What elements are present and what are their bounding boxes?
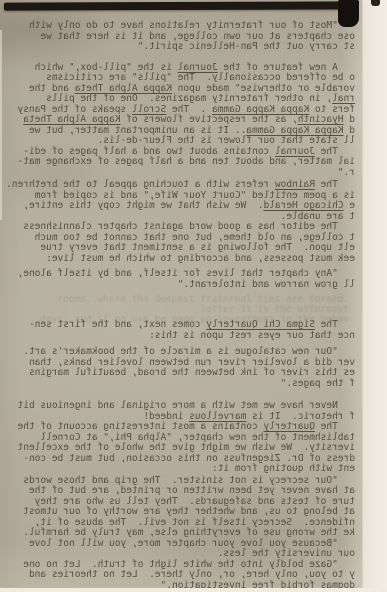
text-segment: at belong to us, and whether they are wo… [23,506,355,517]
text-segment: ll state that our flower is the Fleur-de… [98,135,355,146]
text-segment: "Any chapter that lives for itself, and … [18,268,355,279]
text-line: r." [23,168,355,179]
text-segment: refers with a touching appeal to the bre… [6,179,275,190]
text-segment: comes next, and the first sen- [29,319,206,330]
text-segment: ke the wrong use of everything else, may… [23,527,355,538]
text-segment: "Gaze boldly into the white light of tru… [23,559,355,570]
underlined-text: Scroll [132,104,166,115]
text-segment: d [344,125,355,136]
text-segment: ll grow narrow and intolerant." [178,279,355,290]
text-segment: nce that our eyes rest upon is this: [149,330,355,341]
underlined-text: Quarterly [263,421,314,432]
text-segment: eek must possess, and according to which… [46,253,355,264]
text-segment: dress of Dr. Ziegenfuss on this occasion… [23,453,355,464]
text-segment: ose chapters at our own college, and it … [40,31,355,42]
paper-edge-highlight [0,30,2,220]
text-segment: The editor has a good word against chapt… [23,221,355,232]
text-segment: f rhetoric. It is [246,411,355,422]
text-segment: r." [338,167,355,178]
text-segment: elt upon. The following is a sentiment t… [40,242,355,253]
text-segment: o be offered occasionally. The "pills" a… [46,72,355,83]
text-segment: t college, an old theme, but one that ca… [35,232,355,243]
text-segment: f the pages." [281,378,355,389]
text-segment: st carry out the Pan-Hellenic spirit." [138,41,355,52]
text-segment: ent with quoting from it: [212,463,355,474]
underlined-text: Sigma Chi Quarterly [206,319,315,330]
text-segment: contains a most interesting account of t… [18,421,264,432]
text-segment: , in other fraternity magazines. One of … [46,93,332,104]
underlined-text: rnal [332,93,355,104]
text-line: ent with quoting from it: [23,464,355,475]
text-segment: A new feature of the [218,62,355,73]
text-segment: and the [29,83,75,94]
text-segment: indeed! [143,411,189,422]
text-line: st carry out the Pan-Hellenic spirit." [23,42,355,53]
text-line: nce that our eyes rest upon is this: [23,331,355,342]
underlined-text: Chicago Herald [263,200,343,211]
text-segment: , as the respective flowers of [120,114,297,125]
text-segment: speaks of the Pansy [18,104,132,115]
mirrored-text-block: "Most of our fraternity relations have t… [23,21,355,591]
text-line: ll grow narrow and intolerant." [23,280,355,291]
text-segment: Never have we met with a more original a… [18,400,355,411]
text-line: f the pages." [23,379,355,390]
text-segment: iversity. We wish we might give the whol… [18,442,355,453]
text-segment: .. It is an unimportant matter, but we [29,125,246,136]
text-segment: "Our secrecy is not sinister. The grip a… [23,475,355,486]
text-segment: is the "pill-box," which [35,62,178,73]
text-segment: contains about two and a half pages of e… [23,146,275,157]
text-segment: nfidence. Secrecy itself is not evil. Th… [35,517,355,528]
text-segment: The [315,319,355,330]
text-segment: is a poem entitled "Court Your Wife," an… [35,190,355,201]
scan-dark-corner-mark [371,0,380,6]
text-line: ial matter, and about ten and a half pag… [23,157,355,168]
underlined-text: Rainbow [275,179,315,190]
underlined-text: Kappa Alpha Theta [75,83,172,94]
text-segment: tablishment of the new chapter, "Alpha P… [40,432,355,443]
text-segment: . We wish that we might copy this entire… [23,200,263,211]
text-segment: The [315,146,355,157]
text-segment: d [344,114,355,125]
underlined-text: Kappa Kappa Gamma [246,125,343,136]
text-line: eek must possess, and according to which… [23,254,355,265]
paper-bottom-edge [0,588,387,592]
underlined-text: Kappa Alpha Theta [23,114,120,125]
text-segment: es this river of ink between the broad, … [29,367,355,378]
text-segment: "Our new catalogue is a miracle of the b… [23,346,355,357]
text-segment: fers to [309,104,355,115]
text-segment: The [315,179,355,190]
text-segment: vorable or otherwise" made upon [172,83,355,94]
text-segment: . The [166,104,212,115]
text-segment: "Because you love your chapter more, you… [29,538,355,549]
underlined-text: Journal [178,62,218,73]
text-segment: ver did a lovelier river run between lov… [29,357,355,368]
text-segment: t are unable. [281,211,355,222]
text-segment: The [315,421,355,432]
underlined-text: Hyacinth [298,114,344,125]
text-segment: ture of tests and safeguards. They tell … [35,496,355,507]
text-segment: e [344,200,355,211]
text-segment: ial matter, and about ten and a half pag… [18,156,355,167]
scan-dark-edge-top [4,1,353,10]
text-segment: at have never yet been written or printe… [29,485,355,496]
underlined-text: Journal [275,146,315,157]
underlined-text: Kappa Kappa Gamma [212,104,309,115]
text-segment: y to you, only here, or, only there. Let… [29,569,355,580]
underlined-text: marvellous [189,411,246,422]
text-segment: our university the less. [218,548,355,559]
scan-canvas: rooms, where the deepest fraternal ties … [0,0,387,592]
text-segment: "Most of our fraternity relations have t… [29,20,355,31]
